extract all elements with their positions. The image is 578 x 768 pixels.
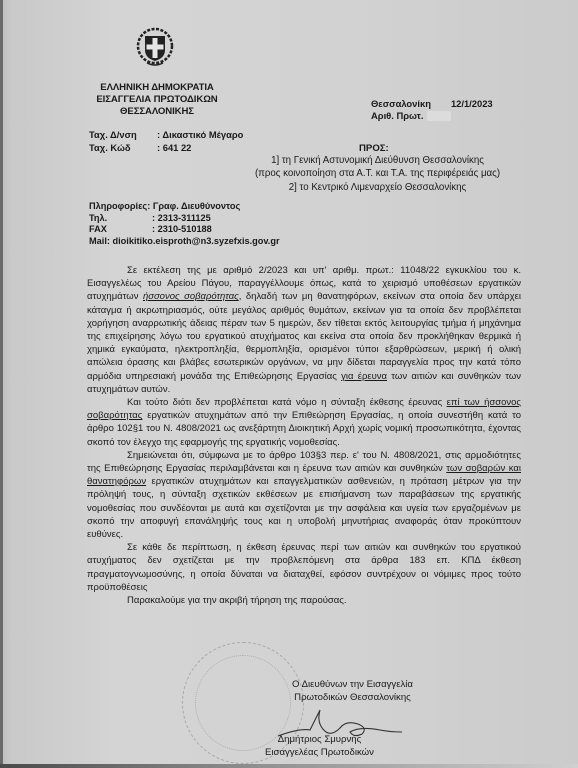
redacted-protocol-number [427, 111, 451, 121]
fax-label: FAX [89, 224, 152, 236]
phone-label: Τηλ. [89, 213, 152, 225]
paragraph-4: Σε κάθε δε περίπτωση, η έκθεση έρευνας π… [87, 541, 521, 594]
signer-name: Δημήτριος Σμυρνής [232, 733, 407, 746]
org-line-3: ΘΕΣΣΑΛΟΝΙΚΗΣ [93, 106, 221, 118]
mail-value: dioikitiko.eisproth@n3.syzefxis.gov.gr [113, 236, 280, 248]
signer: Δημήτριος Σμυρνής Εισαγγελέας Πρωτοδικών [232, 733, 407, 759]
emphasis-text: ήσσονος σοβαρότητας [143, 291, 239, 302]
text: , δηλαδή των μη θανατηφόρων, εκείνων στα… [87, 291, 521, 381]
signer-role: Εισαγγελέας Πρωτοδικών [232, 746, 407, 759]
signer-title: Ο Διευθύνων την Εισαγγελία Πρωτοδικών Θε… [265, 678, 440, 704]
recipient-2: 2] το Κεντρικό Λιμεναρχείο Θεσσαλονίκης [225, 181, 530, 194]
document-meta: Θεσσαλονίκη12/1/2023 Αριθ. Πρωτ. [371, 98, 493, 121]
address-label: Ταχ. Δ/νση [89, 128, 157, 141]
paragraph-5: Παρακαλούμε για την ακριβή τήρηση της πα… [87, 594, 521, 607]
contact-info: Πληροφορίες : Γραφ. Διευθύνοντος Τηλ. : … [89, 201, 280, 247]
paragraph-3: Σημειώνεται ότι, σύμφωνα με το άρθρο 103… [87, 449, 521, 541]
postcode-value: : 641 22 [157, 141, 191, 154]
recipient-1: 1] τη Γενική Αστυνομική Διεύθυνση Θεσσαλ… [225, 154, 530, 167]
recipients-list: 1] τη Γενική Αστυνομική Διεύθυνση Θεσσαλ… [225, 154, 530, 194]
org-line-2: ΕΙΣΑΓΓΕΛΙΑ ΠΡΩΤΟΔΙΚΩΝ [93, 94, 221, 106]
address-value: : Δικαστικό Μέγαρο [157, 128, 243, 141]
emphasis-text: για έρευνα [341, 371, 387, 382]
protocol-number-label: Αριθ. Πρωτ. [371, 110, 423, 121]
paragraph-2: Και τούτο διότι δεν προβλέπεται κατά νόμ… [87, 396, 521, 449]
greek-coat-of-arms-icon [133, 25, 177, 69]
text: Και τούτο διότι δεν προβλέπεται κατά νόμ… [127, 397, 447, 408]
signer-title-line-2: Πρωτοδικών Θεσσαλονίκης [265, 691, 440, 704]
info-label: Πληροφορίες [89, 201, 147, 213]
text: εργατικών ατυχημάτων από την Επιθεώρηση … [87, 410, 521, 447]
text: εργατικών ατυχημάτων και επαγγελματικών … [87, 476, 521, 540]
issuing-authority: ΕΛΛΗΝΙΚΗ ΔΗΜΟΚΡΑΤΙΑ ΕΙΣΑΓΓΕΛΙΑ ΠΡΩΤΟΔΙΚΩ… [93, 82, 221, 118]
org-line-1: ΕΛΛΗΝΙΚΗ ΔΗΜΟΚΡΑΤΙΑ [93, 82, 221, 94]
document-date: 12/1/2023 [451, 98, 493, 109]
postcode-label: Ταχ. Κώδ [89, 141, 157, 154]
fax-value: : 2310-510188 [152, 224, 212, 236]
signer-title-line-1: Ο Διευθύνων την Εισαγγελία [265, 678, 440, 691]
postal-address: Ταχ. Δ/νση : Δικαστικό Μέγαρο Ταχ. Κώδ :… [89, 128, 243, 154]
paragraph-1: Σε εκτέλεση της με αριθμό 2/2023 και υπ'… [87, 264, 521, 396]
phone-value: : 2313-311125 [152, 213, 211, 225]
mail-label: Mail: [89, 236, 110, 248]
recipients-title: ΠΡΟΣ: [359, 143, 389, 154]
recipient-1-note: (προς κοινοποίηση στα Α.Τ. και Τ.Α. της … [225, 167, 530, 180]
scan-page-edge [0, 0, 3, 768]
info-value: : Γραφ. Διευθύνοντος [147, 201, 240, 213]
place: Θεσσαλονίκη [371, 98, 431, 109]
letter-body: Σε εκτέλεση της με αριθμό 2/2023 και υπ'… [87, 264, 521, 607]
scan-bottom-edge [0, 764, 578, 768]
